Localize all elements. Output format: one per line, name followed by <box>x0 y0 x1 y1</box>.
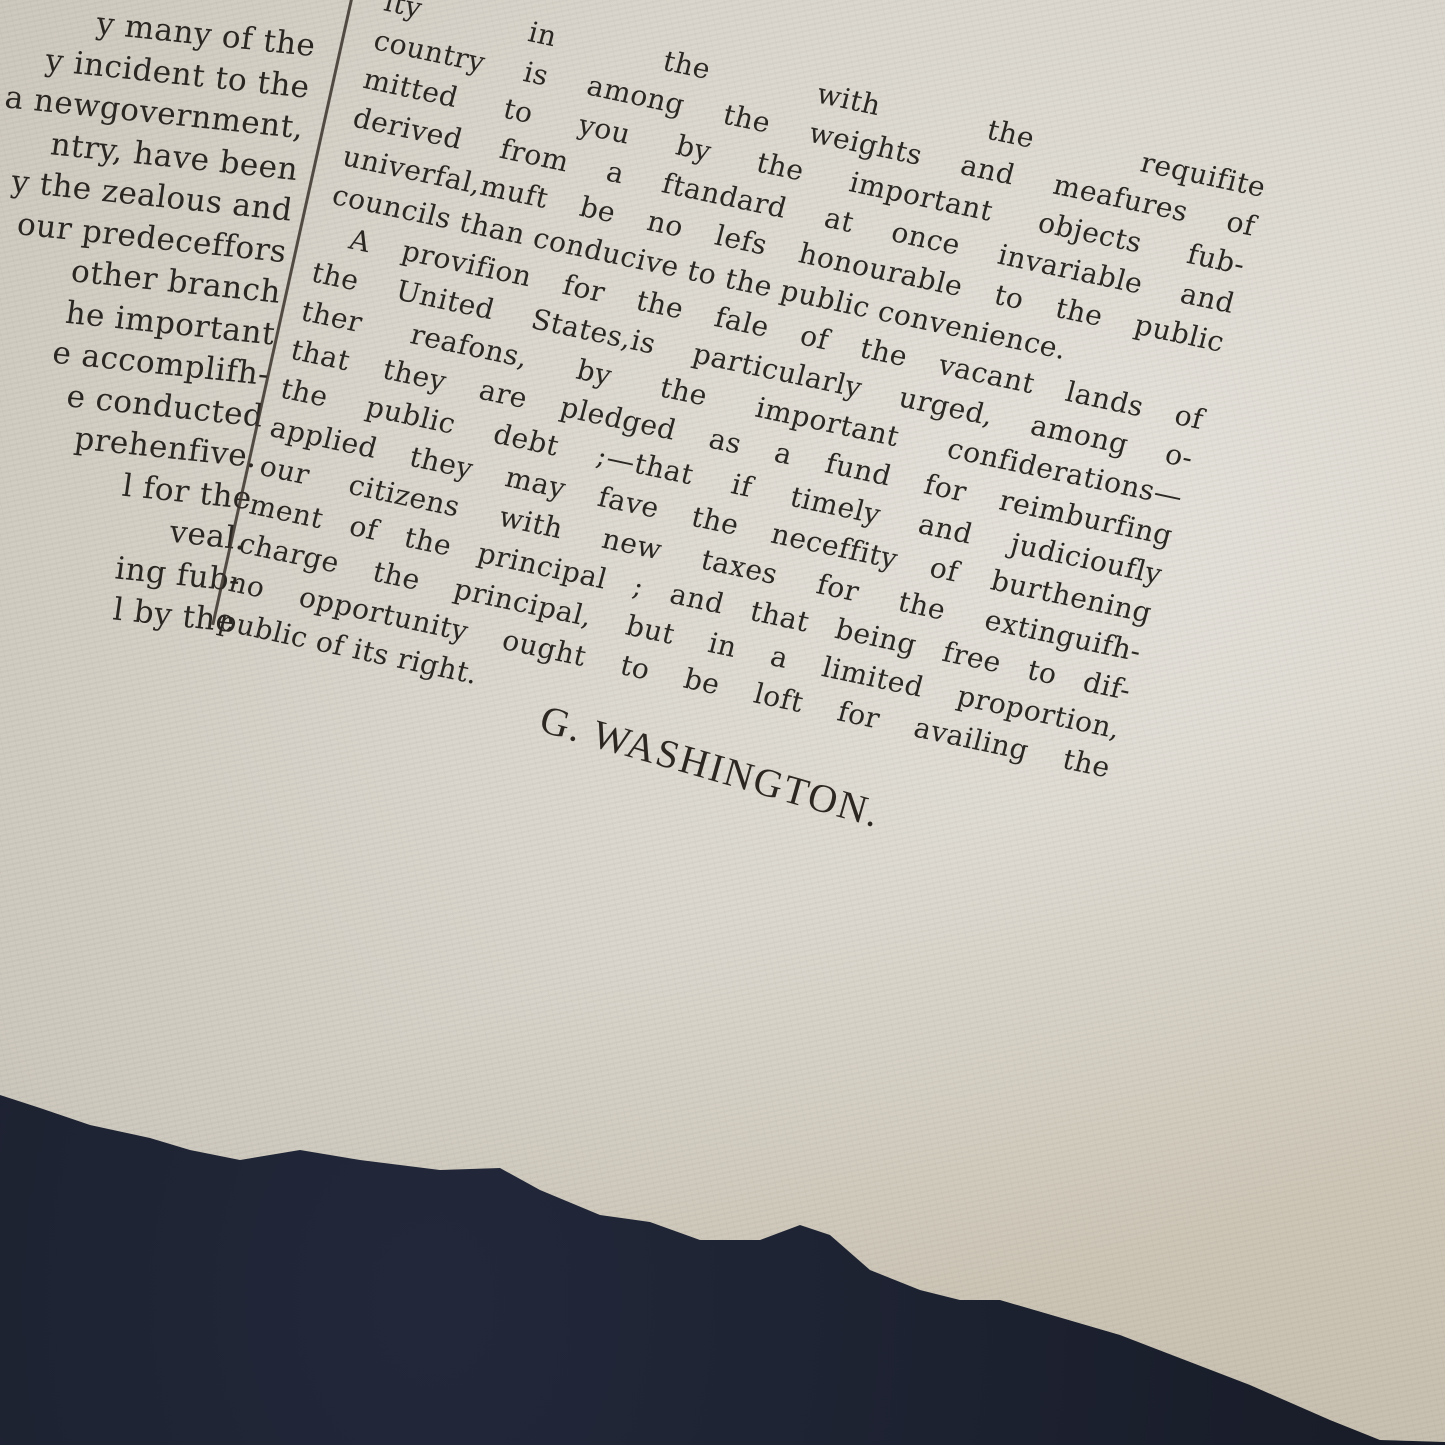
right-column: ity in the with the requifite country is… <box>214 0 1271 827</box>
